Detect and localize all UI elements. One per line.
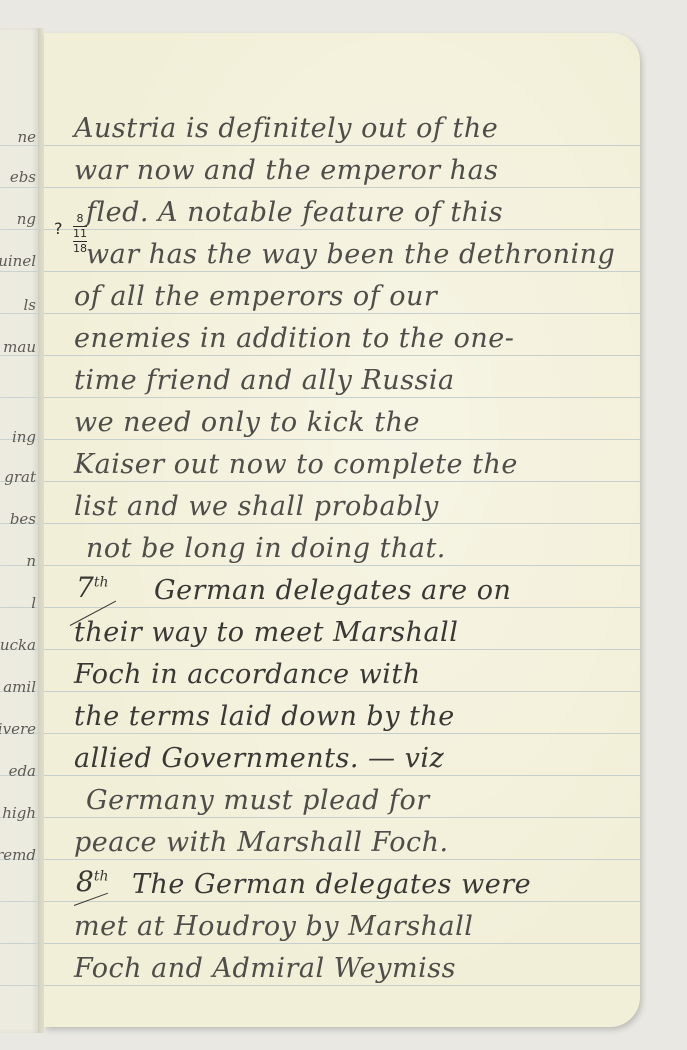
prev-page-fragment: l bbox=[31, 594, 36, 612]
text-line: we need only to kick the bbox=[74, 403, 630, 443]
text-line: of all the emperors of our bbox=[74, 277, 630, 317]
date-month: 11 bbox=[73, 227, 87, 240]
prev-page-fragment: high bbox=[2, 804, 36, 822]
text-line: time friend and ally Russia bbox=[74, 361, 630, 401]
text-line: war now and the emperor has bbox=[74, 151, 630, 191]
day-number: 7 bbox=[76, 571, 94, 604]
text-line: allied Governments. — viz bbox=[74, 739, 630, 779]
day-number: 8 bbox=[76, 865, 94, 898]
ruled-line bbox=[0, 271, 38, 272]
text-line: German delegates are on bbox=[154, 571, 630, 611]
question-mark: ? bbox=[54, 223, 63, 235]
prev-page-fragment: ucka bbox=[0, 636, 36, 654]
text-line: fled. A notable feature of this bbox=[86, 193, 630, 233]
prev-page-fragment: n bbox=[26, 552, 36, 570]
prev-page-fragment: bes bbox=[10, 510, 36, 528]
text-line: not be long in doing that. bbox=[86, 529, 630, 569]
prev-page-fragment: uinel bbox=[0, 252, 36, 270]
prev-page-fragment: ng bbox=[17, 210, 36, 228]
diary-page: ? 8 11 18 Austria is definitely out of t… bbox=[44, 33, 640, 1027]
prev-page-fragment: ing bbox=[12, 428, 36, 446]
text-line: met at Houdroy by Marshall bbox=[74, 907, 630, 947]
text-line: Germany must plead for bbox=[86, 781, 630, 821]
text-line: Foch in accordance with bbox=[74, 655, 630, 695]
day-marker-7th: 7th bbox=[76, 571, 108, 604]
ruled-line bbox=[0, 187, 38, 188]
prev-page-fragment: ls bbox=[24, 296, 37, 314]
prev-page-fragment: mau bbox=[3, 338, 36, 356]
prev-page-fragment: grat bbox=[4, 468, 36, 486]
text-line: Foch and Admiral Weymiss bbox=[74, 949, 630, 989]
text-line: peace with Marshall Foch. bbox=[74, 823, 630, 863]
ruled-line bbox=[0, 901, 38, 902]
day-suffix: th bbox=[94, 869, 109, 885]
prev-page-fragment: ivere bbox=[0, 720, 36, 738]
ruled-line bbox=[0, 985, 38, 986]
date-day: 8 bbox=[77, 212, 84, 225]
ruled-line bbox=[0, 229, 38, 230]
ruled-line bbox=[0, 943, 38, 944]
prev-page-fragment: ebs bbox=[10, 168, 36, 186]
date-year: 18 bbox=[73, 242, 87, 255]
prev-page-fragment: remd bbox=[0, 846, 36, 864]
text-line: the terms laid down by the bbox=[74, 697, 630, 737]
day-suffix: th bbox=[94, 575, 109, 591]
prev-page-fragment: amil bbox=[3, 678, 36, 696]
text-line: list and we shall probably bbox=[74, 487, 630, 527]
prev-page-fragment: eda bbox=[9, 762, 36, 780]
prev-page-fragment: ne bbox=[17, 128, 36, 146]
date-fraction: 8 11 18 bbox=[73, 213, 87, 255]
text-line: Austria is definitely out of the bbox=[74, 109, 630, 149]
text-line: enemies in addition to the one- bbox=[74, 319, 630, 359]
ruled-line bbox=[0, 397, 38, 398]
text-line: war has the way been the dethroning bbox=[86, 235, 630, 275]
text-line: their way to meet Marshall bbox=[74, 613, 630, 653]
previous-page-edge: ne ebs ng uinel ls mau ing grat bes n l … bbox=[0, 28, 40, 1033]
text-line: Kaiser out now to complete the bbox=[74, 445, 630, 485]
text-line: The German delegates were bbox=[132, 865, 630, 905]
